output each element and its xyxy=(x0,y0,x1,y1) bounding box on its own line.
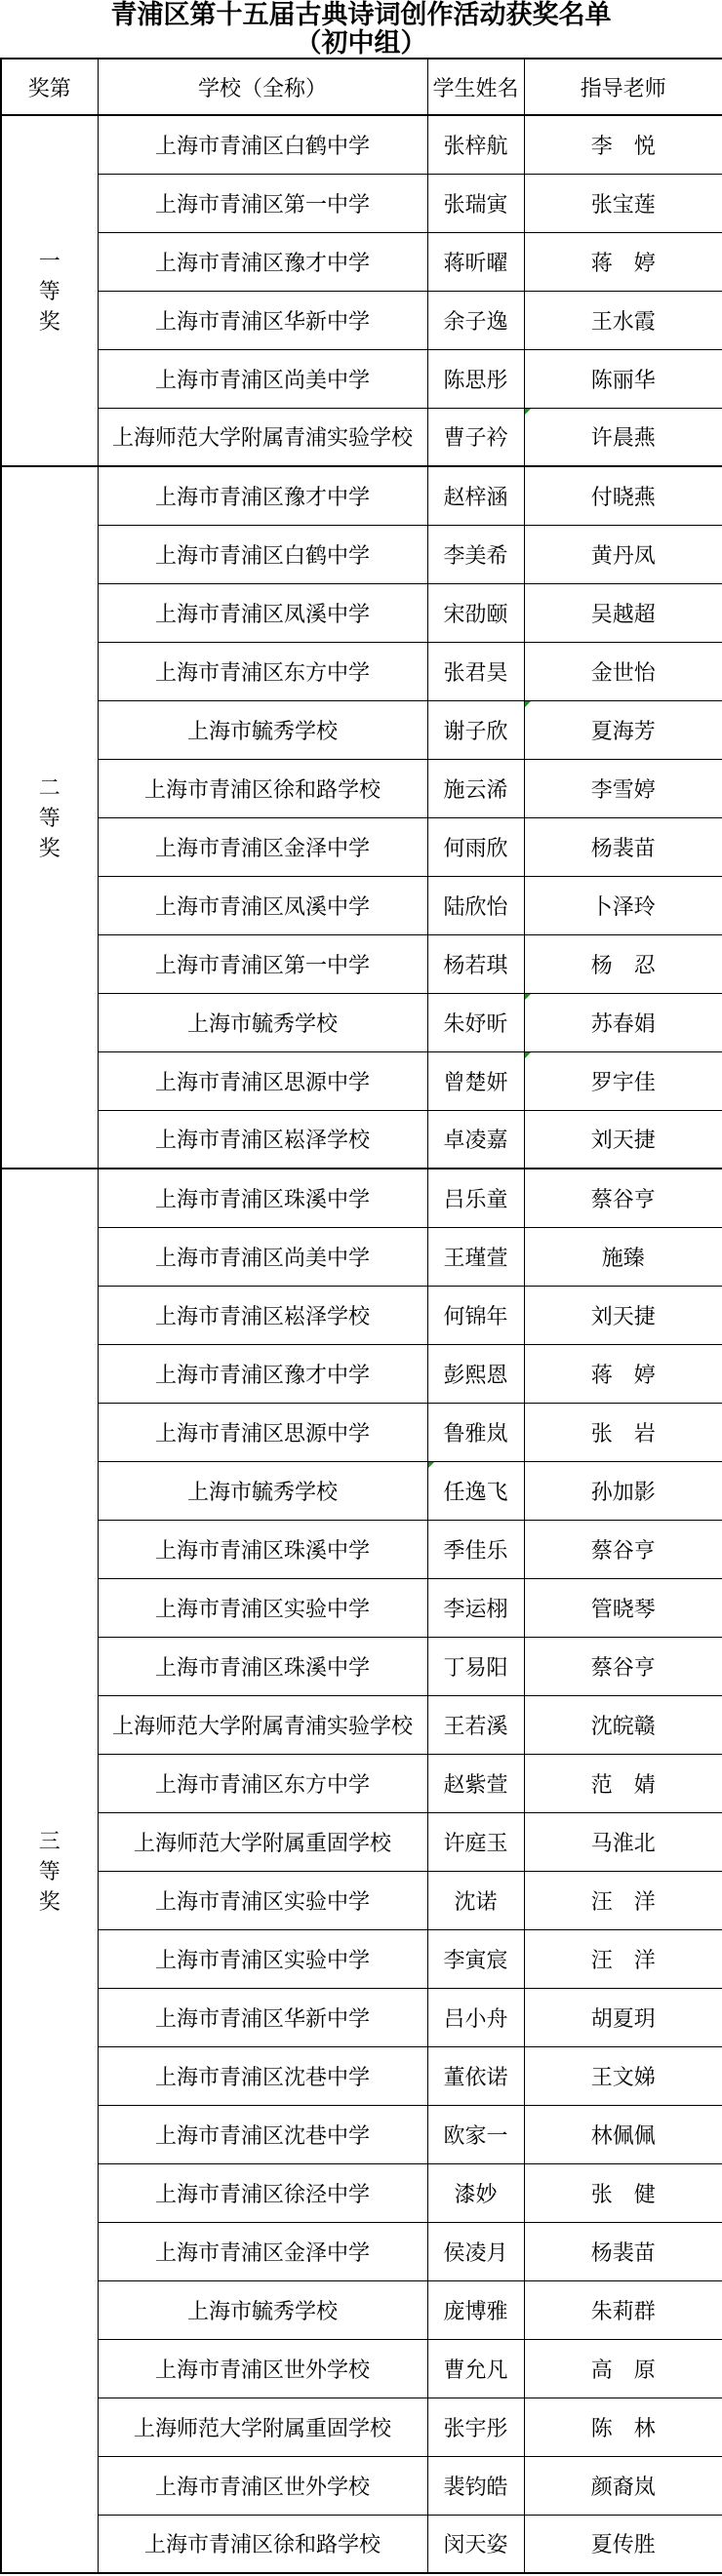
teacher-cell: 蒋 婷 xyxy=(524,1344,722,1403)
table-row: 上海市青浦区华新中学吕小舟胡夏玥 xyxy=(1,1988,722,2046)
table-row: 上海市青浦区沈巷中学董依诺王文娣 xyxy=(1,2046,722,2105)
teacher-cell-with-comment-marker: 罗宇佳 xyxy=(524,1051,722,1110)
school-cell: 上海市青浦区凤溪中学 xyxy=(98,583,427,642)
student-cell: 张君昊 xyxy=(427,642,524,700)
table-row: 上海市青浦区实验中学李寅宸汪 洋 xyxy=(1,1929,722,1988)
student-cell: 王若溪 xyxy=(427,1695,524,1754)
student-cell: 谢子欣 xyxy=(427,700,524,759)
table-row: 上海市毓秀学校谢子欣夏海芳 xyxy=(1,700,722,759)
table-row: 上海市青浦区实验中学沈诺汪 洋 xyxy=(1,1871,722,1929)
teacher-cell: 李雪婷 xyxy=(524,759,722,817)
school-cell: 上海市青浦区豫才中学 xyxy=(98,232,427,291)
table-row: 上海市青浦区崧泽学校何锦年刘天捷 xyxy=(1,1286,722,1344)
table-row: 上海市毓秀学校庞博雅朱莉群 xyxy=(1,2280,722,2339)
teacher-cell: 沈皖赣 xyxy=(524,1695,722,1754)
school-cell: 上海市青浦区沈巷中学 xyxy=(98,2105,427,2163)
table-row: 上海市毓秀学校任逸飞孙加影 xyxy=(1,1461,722,1520)
student-cell: 张梓航 xyxy=(427,115,524,174)
student-cell-with-comment-marker: 任逸飞 xyxy=(427,1461,524,1520)
school-cell: 上海市青浦区白鹤中学 xyxy=(98,525,427,583)
school-cell: 上海市青浦区金泽中学 xyxy=(98,817,427,876)
student-cell: 曾楚妍 xyxy=(427,1051,524,1110)
school-cell: 上海市青浦区第一中学 xyxy=(98,934,427,993)
table-row: 三 等 奖上海市青浦区珠溪中学吕乐童蔡谷亨 xyxy=(1,1169,722,1227)
header-teacher: 指导老师 xyxy=(524,59,722,115)
table-row: 上海市青浦区崧泽学校卓凌嘉刘天捷 xyxy=(1,1110,722,1169)
table-row: 上海市青浦区沈巷中学欧家一林佩佩 xyxy=(1,2105,722,2163)
table-row: 上海师范大学附属青浦实验学校王若溪沈皖赣 xyxy=(1,1695,722,1754)
teacher-cell: 陈 林 xyxy=(524,2398,722,2456)
school-cell: 上海市青浦区思源中学 xyxy=(98,1051,427,1110)
table-row: 上海市青浦区白鹤中学李美希黄丹凤 xyxy=(1,525,722,583)
award-group-label: 一 等 奖 xyxy=(1,115,98,466)
school-cell: 上海市青浦区世外学校 xyxy=(98,2339,427,2398)
table-row: 上海师范大学附属青浦实验学校曹子衿许晨燕 xyxy=(1,408,722,466)
teacher-cell: 李 悦 xyxy=(524,115,722,174)
table-row: 二 等 奖上海市青浦区豫才中学赵梓涵付晓燕 xyxy=(1,466,722,525)
school-cell: 上海市青浦区珠溪中学 xyxy=(98,1520,427,1578)
teacher-cell: 杨 忍 xyxy=(524,934,722,993)
school-cell: 上海市青浦区华新中学 xyxy=(98,1988,427,2046)
student-cell: 宋劭颐 xyxy=(427,583,524,642)
table-row: 上海市青浦区尚美中学陈思彤陈丽华 xyxy=(1,349,722,408)
school-cell: 上海市青浦区东方中学 xyxy=(98,1754,427,1812)
teacher-cell: 张 健 xyxy=(524,2163,722,2222)
teacher-cell: 陈丽华 xyxy=(524,349,722,408)
student-cell: 张瑞寅 xyxy=(427,174,524,232)
school-cell: 上海市青浦区崧泽学校 xyxy=(98,1286,427,1344)
school-cell: 上海市青浦区豫才中学 xyxy=(98,1344,427,1403)
student-cell: 何雨欣 xyxy=(427,817,524,876)
teacher-cell: 汪 洋 xyxy=(524,1929,722,1988)
student-cell: 李运栩 xyxy=(427,1578,524,1637)
table-row: 上海市青浦区徐泾中学漆妙张 健 xyxy=(1,2163,722,2222)
teacher-cell-with-comment-marker: 许晨燕 xyxy=(524,408,722,466)
teacher-cell-with-comment-marker: 夏海芳 xyxy=(524,700,722,759)
student-cell: 裴钧皓 xyxy=(427,2456,524,2515)
teacher-cell: 高 原 xyxy=(524,2339,722,2398)
table-row: 上海市青浦区思源中学曾楚妍罗宇佳 xyxy=(1,1051,722,1110)
header-row: 奖第 学校（全称） 学生姓名 指导老师 xyxy=(1,59,722,115)
school-cell: 上海市青浦区崧泽学校 xyxy=(98,1110,427,1169)
school-cell: 上海市青浦区珠溪中学 xyxy=(98,1169,427,1227)
student-cell: 鲁雅岚 xyxy=(427,1403,524,1461)
table-row: 上海师范大学附属重固学校张宇彤陈 林 xyxy=(1,2398,722,2456)
student-cell: 李寅宸 xyxy=(427,1929,524,1988)
table-row: 上海市青浦区东方中学张君昊金世怡 xyxy=(1,642,722,700)
student-cell: 曹子衿 xyxy=(427,408,524,466)
teacher-cell: 王水霞 xyxy=(524,291,722,349)
school-cell: 上海市青浦区世外学校 xyxy=(98,2456,427,2515)
student-cell: 何锦年 xyxy=(427,1286,524,1344)
teacher-cell: 朱莉群 xyxy=(524,2280,722,2339)
school-cell: 上海市青浦区东方中学 xyxy=(98,642,427,700)
table-row: 上海市青浦区世外学校曹允凡高 原 xyxy=(1,2339,722,2398)
student-cell: 赵梓涵 xyxy=(427,466,524,525)
teacher-cell: 颜裔岚 xyxy=(524,2456,722,2515)
teacher-cell: 金世怡 xyxy=(524,642,722,700)
teacher-cell: 施臻 xyxy=(524,1227,722,1286)
table-row: 上海市青浦区第一中学张瑞寅张宝莲 xyxy=(1,174,722,232)
school-cell: 上海师范大学附属青浦实验学校 xyxy=(98,408,427,466)
awards-table: 奖第 学校（全称） 学生姓名 指导老师 一 等 奖上海市青浦区白鹤中学张梓航李 … xyxy=(0,58,722,2574)
teacher-cell: 胡夏玥 xyxy=(524,1988,722,2046)
school-cell: 上海师范大学附属青浦实验学校 xyxy=(98,1695,427,1754)
student-cell: 侯凌月 xyxy=(427,2222,524,2280)
teacher-cell: 孙加影 xyxy=(524,1461,722,1520)
teacher-cell: 马淮北 xyxy=(524,1812,722,1871)
table-row: 上海市青浦区珠溪中学季佳乐蔡谷亨 xyxy=(1,1520,722,1578)
school-cell: 上海市青浦区实验中学 xyxy=(98,1578,427,1637)
school-cell: 上海市青浦区华新中学 xyxy=(98,291,427,349)
header-award: 奖第 xyxy=(1,59,98,115)
student-cell: 杨若琪 xyxy=(427,934,524,993)
school-cell: 上海市青浦区凤溪中学 xyxy=(98,876,427,934)
header-student: 学生姓名 xyxy=(427,59,524,115)
school-cell: 上海市青浦区徐泾中学 xyxy=(98,2163,427,2222)
table-row: 上海市青浦区华新中学余子逸王水霞 xyxy=(1,291,722,349)
student-cell: 赵紫萱 xyxy=(427,1754,524,1812)
school-cell: 上海师范大学附属重固学校 xyxy=(98,1812,427,1871)
student-cell: 吕乐童 xyxy=(427,1169,524,1227)
school-cell: 上海市青浦区徐和路学校 xyxy=(98,759,427,817)
teacher-cell: 付晓燕 xyxy=(524,466,722,525)
student-cell: 许庭玉 xyxy=(427,1812,524,1871)
student-cell: 陆欣怡 xyxy=(427,876,524,934)
table-row: 上海市青浦区豫才中学蒋昕曜蒋 婷 xyxy=(1,232,722,291)
school-cell: 上海市青浦区实验中学 xyxy=(98,1871,427,1929)
table-row: 上海市毓秀学校朱妤昕苏春娟 xyxy=(1,993,722,1051)
teacher-cell: 范 婧 xyxy=(524,1754,722,1812)
page-subtitle: （初中组） xyxy=(0,29,722,58)
student-cell: 卓凌嘉 xyxy=(427,1110,524,1169)
student-cell: 闵天姿 xyxy=(427,2515,524,2573)
table-row: 上海市青浦区思源中学鲁雅岚张 岩 xyxy=(1,1403,722,1461)
table-row: 上海市青浦区徐和路学校施云浠李雪婷 xyxy=(1,759,722,817)
school-cell: 上海市青浦区金泽中学 xyxy=(98,2222,427,2280)
document-page: 青浦区第十五届古典诗词创作活动获奖名单 （初中组） 奖第 学校（全称） 学生姓名… xyxy=(0,0,722,2574)
page-title: 青浦区第十五届古典诗词创作活动获奖名单 xyxy=(0,1,722,29)
teacher-cell: 夏传胜 xyxy=(524,2515,722,2573)
student-cell: 陈思彤 xyxy=(427,349,524,408)
award-group-label: 二 等 奖 xyxy=(1,466,98,1169)
teacher-cell: 蔡谷亨 xyxy=(524,1169,722,1227)
student-cell: 曹允凡 xyxy=(427,2339,524,2398)
teacher-cell: 汪 洋 xyxy=(524,1871,722,1929)
school-cell: 上海市青浦区第一中学 xyxy=(98,174,427,232)
table-row: 上海市青浦区世外学校裴钧皓颜裔岚 xyxy=(1,2456,722,2515)
table-row: 上海市青浦区金泽中学何雨欣杨裴苗 xyxy=(1,817,722,876)
school-cell: 上海市青浦区豫才中学 xyxy=(98,466,427,525)
student-cell: 彭熙恩 xyxy=(427,1344,524,1403)
table-row: 上海市青浦区豫才中学彭熙恩蒋 婷 xyxy=(1,1344,722,1403)
table-row: 上海市青浦区凤溪中学宋劭颐吴越超 xyxy=(1,583,722,642)
student-cell: 丁易阳 xyxy=(427,1637,524,1695)
teacher-cell: 王文娣 xyxy=(524,2046,722,2105)
table-row: 上海市青浦区尚美中学王瑾萱施臻 xyxy=(1,1227,722,1286)
school-cell: 上海市青浦区实验中学 xyxy=(98,1929,427,1988)
table-row: 上海市青浦区东方中学赵紫萱范 婧 xyxy=(1,1754,722,1812)
school-cell: 上海市毓秀学校 xyxy=(98,1461,427,1520)
table-row: 上海市青浦区珠溪中学丁易阳蔡谷亨 xyxy=(1,1637,722,1695)
school-cell: 上海市青浦区徐和路学校 xyxy=(98,2515,427,2573)
table-row: 上海市青浦区第一中学杨若琪杨 忍 xyxy=(1,934,722,993)
school-cell: 上海师范大学附属重固学校 xyxy=(98,2398,427,2456)
school-cell: 上海市青浦区思源中学 xyxy=(98,1403,427,1461)
student-cell: 季佳乐 xyxy=(427,1520,524,1578)
table-row: 上海市青浦区凤溪中学陆欣怡卜泽玲 xyxy=(1,876,722,934)
teacher-cell: 张 岩 xyxy=(524,1403,722,1461)
student-cell: 李美希 xyxy=(427,525,524,583)
teacher-cell: 黄丹凤 xyxy=(524,525,722,583)
teacher-cell: 杨裴苗 xyxy=(524,2222,722,2280)
student-cell: 欧家一 xyxy=(427,2105,524,2163)
school-cell: 上海市青浦区尚美中学 xyxy=(98,1227,427,1286)
student-cell: 蒋昕曜 xyxy=(427,232,524,291)
table-row: 一 等 奖上海市青浦区白鹤中学张梓航李 悦 xyxy=(1,115,722,174)
school-cell: 上海市青浦区白鹤中学 xyxy=(98,115,427,174)
student-cell: 吕小舟 xyxy=(427,1988,524,2046)
student-cell: 朱妤昕 xyxy=(427,993,524,1051)
teacher-cell: 林佩佩 xyxy=(524,2105,722,2163)
student-cell: 余子逸 xyxy=(427,291,524,349)
school-cell: 上海市毓秀学校 xyxy=(98,2280,427,2339)
table-row: 上海市青浦区实验中学李运栩管晓琴 xyxy=(1,1578,722,1637)
student-cell: 沈诺 xyxy=(427,1871,524,1929)
teacher-cell: 蔡谷亨 xyxy=(524,1520,722,1578)
student-cell: 王瑾萱 xyxy=(427,1227,524,1286)
teacher-cell: 张宝莲 xyxy=(524,174,722,232)
header-school: 学校（全称） xyxy=(98,59,427,115)
title-block: 青浦区第十五届古典诗词创作活动获奖名单 （初中组） xyxy=(0,0,722,58)
student-cell: 张宇彤 xyxy=(427,2398,524,2456)
award-group-label: 三 等 奖 xyxy=(1,1169,98,2573)
teacher-cell: 吴越超 xyxy=(524,583,722,642)
student-cell: 庞博雅 xyxy=(427,2280,524,2339)
teacher-cell: 卜泽玲 xyxy=(524,876,722,934)
school-cell: 上海市青浦区珠溪中学 xyxy=(98,1637,427,1695)
school-cell: 上海市毓秀学校 xyxy=(98,993,427,1051)
teacher-cell: 管晓琴 xyxy=(524,1578,722,1637)
teacher-cell-with-comment-marker: 苏春娟 xyxy=(524,993,722,1051)
teacher-cell: 蒋 婷 xyxy=(524,232,722,291)
teacher-cell: 蔡谷亨 xyxy=(524,1637,722,1695)
student-cell: 董依诺 xyxy=(427,2046,524,2105)
teacher-cell: 刘天捷 xyxy=(524,1110,722,1169)
table-row: 上海市青浦区徐和路学校闵天姿夏传胜 xyxy=(1,2515,722,2573)
table-row: 上海市青浦区金泽中学侯凌月杨裴苗 xyxy=(1,2222,722,2280)
school-cell: 上海市青浦区沈巷中学 xyxy=(98,2046,427,2105)
teacher-cell: 刘天捷 xyxy=(524,1286,722,1344)
school-cell: 上海市青浦区尚美中学 xyxy=(98,349,427,408)
student-cell: 施云浠 xyxy=(427,759,524,817)
school-cell: 上海市毓秀学校 xyxy=(98,700,427,759)
table-row: 上海师范大学附属重固学校许庭玉马淮北 xyxy=(1,1812,722,1871)
table-body: 一 等 奖上海市青浦区白鹤中学张梓航李 悦上海市青浦区第一中学张瑞寅张宝莲上海市… xyxy=(1,115,722,2573)
student-cell: 漆妙 xyxy=(427,2163,524,2222)
teacher-cell: 杨裴苗 xyxy=(524,817,722,876)
